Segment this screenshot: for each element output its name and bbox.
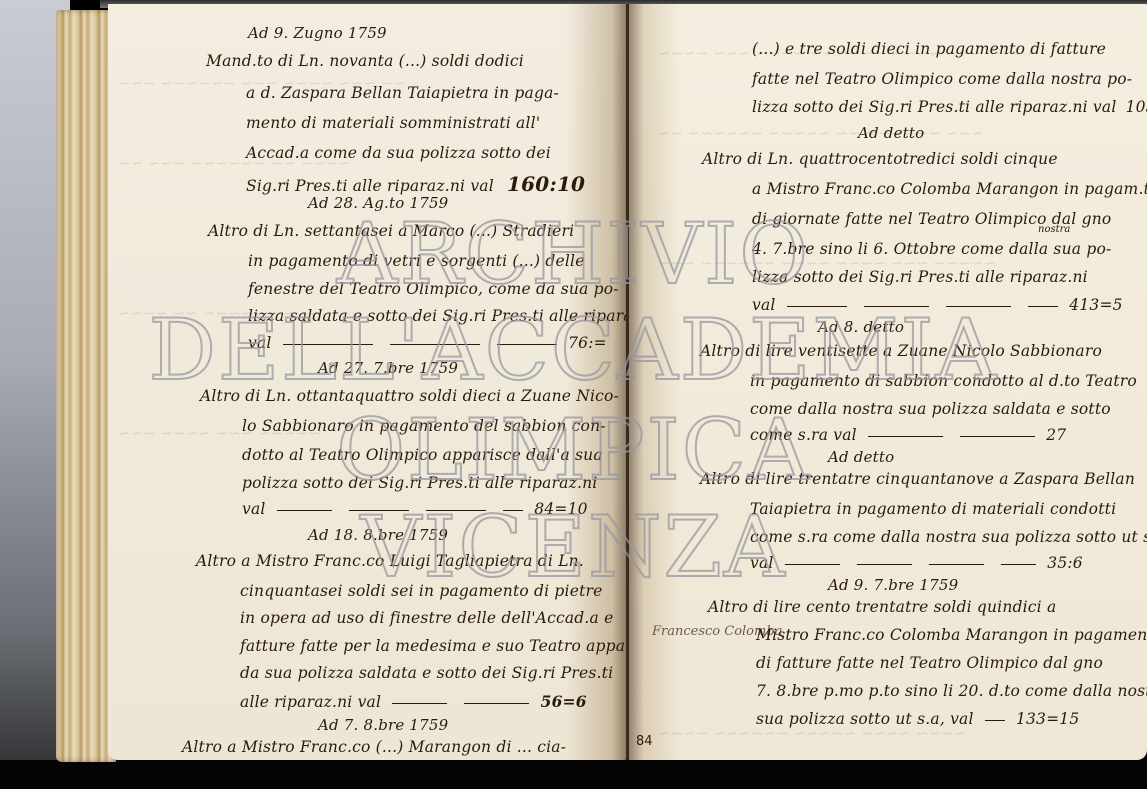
ledger-rule	[864, 306, 929, 307]
entry-amount: 35:6	[1047, 554, 1083, 572]
ledger-rule	[349, 510, 409, 511]
entry-date: Ad 7. 8.bre 1759	[318, 716, 448, 734]
entry-line: lizza saldata e sotto dei Sig.ri Pres.ti…	[248, 307, 662, 325]
entry-line: fenestre del Teatro Olimpico, come da su…	[248, 280, 619, 298]
entry-line: val 35:6	[750, 554, 1083, 572]
folio-number: 84	[636, 734, 653, 749]
ledger-rule	[464, 703, 529, 704]
entry-line: lizza sotto dei Sig.ri Pres.ti alle ripa…	[752, 268, 1088, 286]
entry-line: come dalla nostra sua polizza saldata e …	[750, 400, 1111, 418]
ledger-rule	[785, 564, 840, 565]
entry-line: Taiapietra in pagamento di materiali con…	[750, 500, 1116, 518]
entry-line: Accad.a come da sua polizza sotto dei	[246, 144, 551, 162]
book-gutter	[626, 4, 629, 760]
entry-line: in pagamento di vetri e sorgenti (...) d…	[248, 252, 585, 270]
entry-amount: 84=10	[534, 500, 587, 518]
entry-amount: 76:=	[568, 334, 607, 352]
entry-line: Altro di Ln. settantasei a Marco (...) S…	[208, 222, 574, 240]
entry-line: sua polizza sotto ut s.a, val 133=15	[756, 710, 1079, 728]
entry-text: val	[750, 554, 774, 572]
entry-text: val	[248, 334, 272, 352]
entry-text: sua polizza sotto ut s.a, val	[756, 710, 974, 728]
entry-amount: 27	[1046, 426, 1066, 444]
entry-date: Ad 9. 7.bre 1759	[828, 576, 958, 594]
bleed-through-text: ~~~ ~~~~~~ ~~ ~~~~~ ~~~~~~ ~~	[658, 124, 983, 142]
entry-line: 4. 7.bre sino li 6. Ottobre come dalla s…	[752, 240, 1111, 258]
entry-text: Sig.ri Pres.ti alle riparaz.ni val	[246, 177, 494, 195]
ledger-rule	[283, 344, 373, 345]
ledger-rule	[929, 564, 984, 565]
entry-date: Ad 18. 8.bre 1759	[308, 526, 448, 544]
entry-line: Sig.ri Pres.ti alle riparaz.ni val 160:1…	[246, 172, 585, 196]
entry-line: di fatture fatte nel Teatro Olimpico dal…	[756, 654, 1103, 672]
ledger-rule	[868, 436, 943, 437]
entry-line: come s.ra come dalla nostra sua polizza …	[750, 528, 1147, 546]
ledger-rule	[857, 564, 912, 565]
entry-line: Altro di Ln. ottantaquattro soldi dieci …	[200, 387, 619, 405]
ledger-rule	[426, 510, 486, 511]
entry-line: cinquantasei soldi sei in pagamento di p…	[240, 582, 603, 600]
ledger-rule	[392, 703, 447, 704]
entry-amount: 133=15	[1016, 710, 1080, 728]
ledger-rule	[277, 510, 332, 511]
entry-line: lo Sabbionaro in pagamento del sabbion c…	[242, 417, 606, 435]
entry-line: a d. Zaspara Bellan Taiapietra in paga-	[246, 84, 559, 102]
ledger-rule	[960, 436, 1035, 437]
entry-line: lizza sotto dei Sig.ri Pres.ti alle ripa…	[752, 98, 1147, 116]
entry-line: da sua polizza saldata e sotto dei Sig.r…	[240, 664, 613, 682]
entry-amount: 103=10	[1126, 98, 1147, 116]
scan-bottom-shadow	[0, 760, 1147, 789]
entry-date: Ad 8. detto	[818, 318, 904, 336]
entry-line: alle riparaz.ni val 56=6	[240, 692, 587, 711]
ledger-rule	[787, 306, 847, 307]
entry-line: fatture fatte per la medesima e suo Teat…	[240, 637, 642, 655]
right-page: ~~~~ ~~~ ~~~~~ ~~~~~ ~~~~ ~~~ ~~~~ ~~~ ~…	[628, 4, 1147, 760]
ledger-rule	[497, 344, 557, 345]
entry-line: in opera ad uso di finestre delle dell'A…	[240, 609, 613, 627]
entry-line: Altro di lire ventisette a Zuane Nicolo …	[700, 342, 1102, 360]
entry-line: Altro a Mistro Franc.co Luigi Tagliapiet…	[196, 552, 584, 570]
entry-line: a Mistro Franc.co Colomba Marangon in pa…	[752, 180, 1147, 198]
entry-date: Ad detto	[828, 448, 894, 466]
entry-text: come s.ra val	[750, 426, 857, 444]
entry-line: polizza sotto dei Sig.ri Pres.ti alle ri…	[242, 474, 597, 492]
entry-line: (...) e tre soldi dieci in pagamento di …	[752, 40, 1106, 58]
entry-amount: 160:10	[507, 172, 585, 196]
entry-text: val	[752, 296, 776, 314]
entry-line: Altro a Mistro Franc.co (...) Marangon d…	[182, 738, 566, 756]
entry-line: Altro di lire cento trentatre soldi quin…	[708, 598, 1056, 616]
left-page: ~~ ~~~ ~~~~ ~~~ ~~~~~~ ~~~ ~~~~ ~~ ~~~~~…	[108, 4, 628, 760]
interlinear-note: nostra	[1038, 224, 1070, 235]
entry-date: Ad 28. Ag.to 1759	[308, 194, 448, 212]
entry-line: val 76:=	[248, 334, 607, 352]
ledger-rule	[1028, 306, 1058, 307]
entry-date: Ad detto	[858, 124, 924, 142]
entry-amount: 56=6	[541, 692, 587, 711]
book-fore-edge	[56, 10, 116, 762]
entry-line: dotto al Teatro Olimpico apparisce dall'…	[242, 446, 603, 464]
entry-line: Mistro Franc.co Colomba Marangon in paga…	[756, 626, 1147, 644]
ledger-rule	[985, 720, 1005, 721]
entry-line: fatte nel Teatro Olimpico come dalla nos…	[752, 70, 1132, 88]
entry-date: Ad 9. Zugno 1759	[248, 24, 387, 42]
entry-line: 7. 8.bre p.mo p.to sino li 20. d.to come…	[756, 682, 1147, 700]
entry-amount: 413=5	[1069, 296, 1122, 314]
ledger-rule	[503, 510, 523, 511]
entry-text: alle riparaz.ni val	[240, 693, 381, 711]
entry-text: lizza sotto dei Sig.ri Pres.ti alle ripa…	[752, 98, 1116, 116]
entry-line: Altro di lire trentatre cinquantanove a …	[700, 470, 1135, 488]
ledger-rule	[946, 306, 1011, 307]
entry-line: mento di materiali somministrati all'	[246, 114, 540, 132]
entry-line: in pagamento di sabbion condotto al d.to…	[750, 372, 1137, 390]
ledger-rule	[1001, 564, 1036, 565]
entry-line: val 84=10	[242, 500, 588, 518]
entry-text: val	[242, 500, 266, 518]
ledger-rule	[390, 344, 480, 345]
entry-date: Ad 27. 7.bre 1759	[318, 359, 458, 377]
entry-line: Mand.to di Ln. novanta (...) soldi dodic…	[206, 52, 524, 70]
entry-line: come s.ra val 27	[750, 426, 1066, 444]
entry-line: val 413=5	[752, 296, 1123, 314]
entry-line: Altro di Ln. quattrocentotredici soldi c…	[702, 150, 1058, 168]
